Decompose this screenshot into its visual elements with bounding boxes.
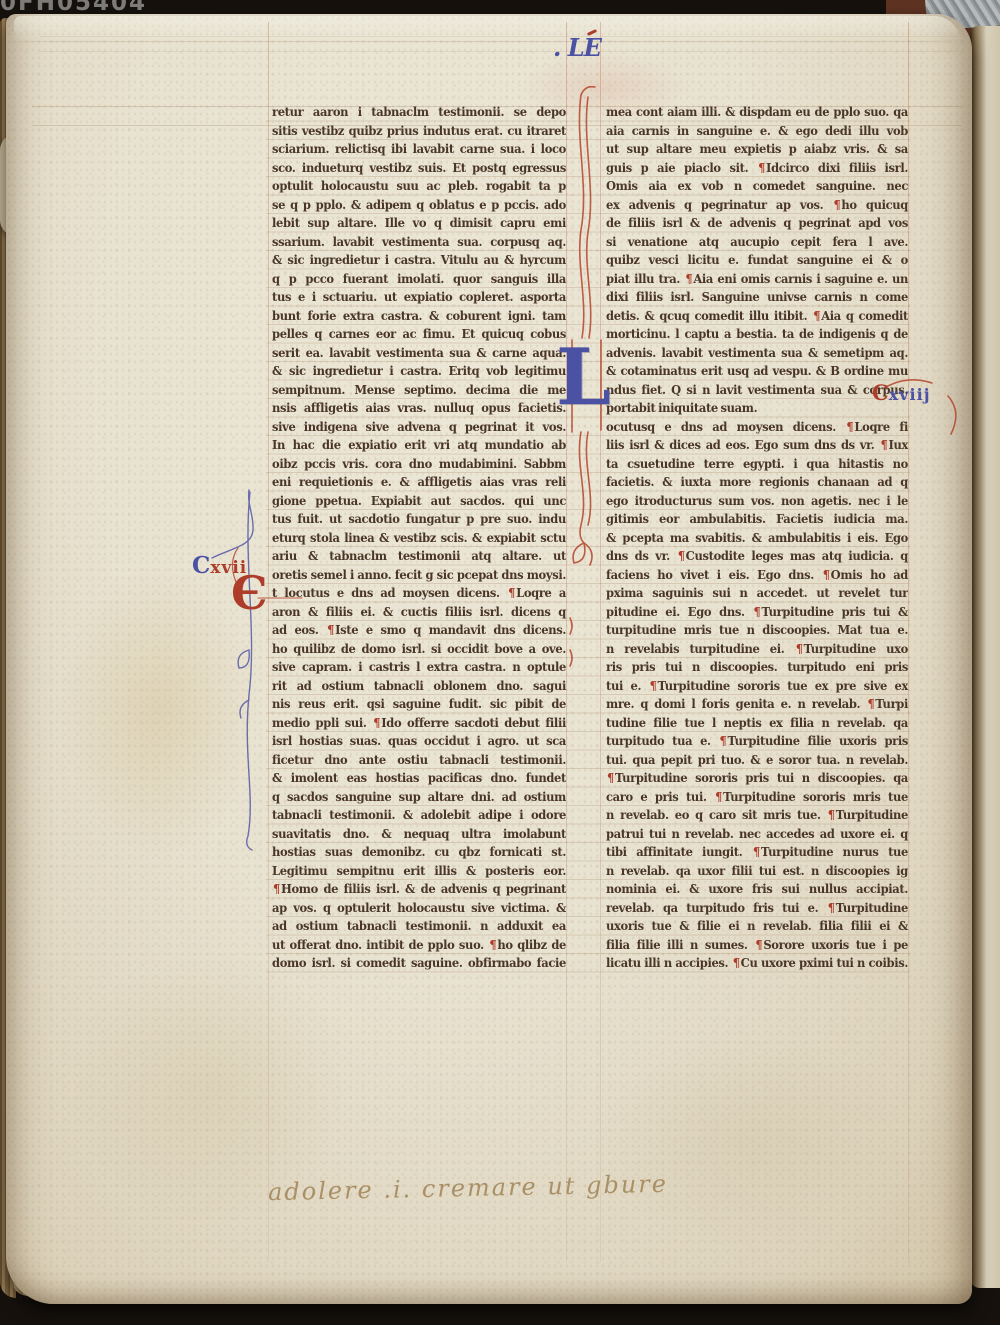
text-line: ap vos. q optulerit holocaustu sive vict… — [272, 898, 566, 918]
text-line: ta csuetudine terre egypti. i qua hitast… — [606, 454, 908, 474]
text-line: pelles q carnes eor ac fimu. Et quicuq c… — [272, 324, 566, 344]
paraph-mark: ¶ — [607, 771, 614, 786]
text-line: tus fuit. ut sacdotio fungatur p pre suo… — [272, 509, 566, 529]
text-line: turpitudine mris tue n discoopies. Mat t… — [606, 620, 908, 640]
paraph-mark: ¶ — [327, 623, 334, 638]
text-line: domo isrl. si comedit saguine. obfirmabo… — [272, 953, 566, 973]
text-line: ut offerat dno. intibit de pplo suo. ¶ho… — [272, 935, 566, 955]
paraph-mark: ¶ — [373, 715, 380, 730]
text-line: piat illu tra. ¶Aia eni omis carnis i sa… — [606, 269, 908, 289]
text-line: ocutusq e dns ad moysen dicens. ¶Loqre f… — [606, 417, 908, 437]
text-line: Legitimu sempitnu erit illis & posteris … — [272, 861, 566, 881]
text-line: q sacdos sanguine sup altare dni. ad ost… — [272, 787, 566, 807]
text-line: filia filie illi n sumes. ¶Sorore uxoris… — [606, 935, 908, 955]
text-line: tibi affinitate iungit. ¶Turpitudine nur… — [606, 842, 908, 862]
paraph-mark: ¶ — [753, 845, 760, 860]
text-line: advenis. lavabit vestimenta sua & semeti… — [606, 343, 908, 363]
text-line: licatu illi n accipies. ¶Cu uxore pximi … — [606, 953, 908, 973]
paraph-mark: ¶ — [846, 419, 853, 434]
text-line: t locutus e dns ad moysen dicens. ¶Loqre… — [272, 583, 566, 603]
text-line: nis reus erit. qsi saguine fudit. sic pi… — [272, 694, 566, 714]
text-line: rit ad ostium tabnacli oblonem dno. sagu… — [272, 676, 566, 696]
paraph-mark: ¶ — [489, 937, 496, 952]
paraph-mark: ¶ — [758, 160, 765, 175]
text-line: serit ea. lavabit vestimenta sua & carne… — [272, 343, 566, 363]
paraph-mark: ¶ — [823, 567, 830, 582]
paraph-mark: ¶ — [650, 678, 657, 693]
initial-l-chapter18: L — [556, 330, 611, 426]
text-line: se q p pplo. & adipem q oblatus e p pcci… — [272, 195, 566, 215]
text-line: sempitnum. Mense septimo. decima die me — [272, 380, 566, 400]
paraph-letter: C — [192, 552, 210, 579]
text-line: dixi filiis isrl. Sanguine univse carnis… — [606, 287, 908, 307]
text-line: tui e. ¶Turpitudine sororis tue ex pre s… — [606, 676, 908, 696]
text-line: turpitudo tua e. ¶Turpitudine filie uxor… — [606, 731, 908, 751]
text-line: n revelab. qa uxor filii tui est. n disc… — [606, 861, 908, 881]
text-line: gione ppetua. Expiabit aut sacdos. qui u… — [272, 491, 566, 511]
paraph-mark: ¶ — [833, 197, 840, 212]
text-line: nominia ei. & uxore fris sui nullus acci… — [606, 879, 908, 899]
text-line: optulit holocaustu suu ac pleb. rogabit … — [272, 176, 566, 196]
text-line: lebit sup altare. Ille vo q dimisit capr… — [272, 213, 566, 233]
text-line: ad ostium tabnacli testimonii. n adduxit… — [272, 916, 566, 936]
text-line: n revelab. eo q caro sit mris tue. ¶Turp… — [606, 805, 908, 825]
under-page-edge — [970, 26, 1000, 1288]
text-line: sciarium. relictisq ibi lavabit carne su… — [272, 139, 566, 159]
watermark-label: 0FH05404 — [0, 0, 147, 16]
text-line: de filiis isrl & de advenis q pegrinat a… — [606, 213, 908, 233]
text-line: ut sup altare meu expietis p aiabz vris.… — [606, 139, 908, 159]
text-line: ex advenis q pegrinatur ap vos. ¶ho quic… — [606, 195, 908, 215]
text-line: & pcepta ma svabitis. & ambulabitis i ei… — [606, 528, 908, 548]
paraph-mark: ¶ — [733, 956, 740, 971]
text-line: quibz vesci licitu e. fundat sanguine ei… — [606, 250, 908, 270]
text-line: In hac die expiatio erit vri atq mundati… — [272, 435, 566, 455]
initial-e-chapter17: Є — [231, 570, 268, 616]
text-line: ficetur dno ante ostiu tabnacli testimon… — [272, 750, 566, 770]
paraph-mark: ¶ — [796, 641, 803, 656]
text-line: ris pris tui n discoopies. turpitudo eni… — [606, 657, 908, 677]
text-line: n revelabis turpitudine ei. ¶Turpitudine… — [606, 639, 908, 659]
text-line: isrl hostias suas. quas occidut i agro. … — [272, 731, 566, 751]
paraph-mark: ¶ — [678, 549, 685, 564]
text-line: si venatione atq aucupio cepit fera l av… — [606, 232, 908, 252]
running-header: . LE — [553, 33, 601, 62]
paraph-mark: ¶ — [720, 734, 727, 749]
text-line: guis p aie piaclo sit. ¶Idcirco dixi fil… — [606, 158, 908, 178]
text-line: portabit iniquitate suam. — [606, 398, 908, 418]
column-rule — [566, 22, 567, 1262]
text-line: patrui tui n revelab. nec accedes ad uxo… — [606, 824, 908, 844]
text-line: aron & filiis ei. & cuctis filiis isrl. … — [272, 602, 566, 622]
text-line: tudine filie tue l neptis ex filia n rev… — [606, 713, 908, 733]
text-line: pitudine ei. Ego dns. ¶Turpitudine pris … — [606, 602, 908, 622]
text-line: & imolent eas hostias pacificas dno. fun… — [272, 768, 566, 788]
column-rule — [600, 22, 601, 1262]
page-top-edge — [14, 16, 960, 42]
paraph-letter: C — [872, 380, 889, 405]
text-line: facietis. & iuxta more regionis chanaan … — [606, 472, 908, 492]
paraph-mark: ¶ — [685, 271, 692, 286]
text-line: tabnacli testimonii. & adolebit adipe i … — [272, 805, 566, 825]
paraph-mark: ¶ — [508, 586, 515, 601]
text-line: sive capram. i castris l extra castra. n… — [272, 657, 566, 677]
text-line: ndus fiet. Q si n lavit vestimenta sua &… — [606, 380, 908, 400]
text-line: mre. q domi l foris genita e. n revelab.… — [606, 694, 908, 714]
paraph-mark: ¶ — [828, 900, 835, 915]
text-line: suavitatis dno. & nequaq ultra imolabunt — [272, 824, 566, 844]
text-line: ¶Turpitudine sororis pris tui n discoopi… — [606, 768, 908, 788]
text-line: sco. indueturq vestibz suis. Et postq eg… — [272, 158, 566, 178]
text-column-right: mea cont aiam illi. & dispdam eu de pplo… — [606, 103, 908, 973]
text-line: ho quilibz de domo isrl. si occidit bove… — [272, 639, 566, 659]
text-line: medio ppli sui. ¶Ido offerre sacdoti deb… — [272, 713, 566, 733]
paraph-mark: ¶ — [813, 308, 820, 323]
text-line: pxima saguinis sui n accedet. ut revelet… — [606, 583, 908, 603]
manuscript-photo: { "manuscript": { "watermark": "0FH05404… — [0, 0, 1000, 1325]
text-line: q p pcco fuerant imolati. quor sanguis i… — [272, 269, 566, 289]
text-line: eturq stola linea & vestibz scis. & expi… — [272, 528, 566, 548]
text-line: Omis aia ex vob n comedet sanguine. nec — [606, 176, 908, 196]
ruling-line — [40, 51, 958, 52]
text-line: nsis affligetis aias vras. nulluq opus f… — [272, 398, 566, 418]
paraph-mark: ¶ — [867, 697, 874, 712]
paraph-mark: ¶ — [273, 882, 280, 897]
running-header-text: . LE — [553, 33, 601, 62]
text-line: gitimis eor ambulabitis. Facietis iudici… — [606, 509, 908, 529]
text-line: ¶Homo de filiis isrl. & de advenis q peg… — [272, 879, 566, 899]
paraph-mark: ¶ — [715, 789, 722, 804]
text-line: retur aaron i tabnaclm testimonii. se de… — [272, 102, 566, 122]
text-line: hostias suas demonibz. cu qbz fornicati … — [272, 842, 566, 862]
text-line: faciens ho vivet i eis. Ego dns. ¶Omis h… — [606, 565, 908, 585]
ruling-line — [40, 36, 958, 37]
text-line: & cotaminatus erit usq ad vespu. & B ord… — [606, 361, 908, 381]
text-line: detis. & qcuq comedit illu itibit. ¶Aia … — [606, 306, 908, 326]
text-line: uxoris tue & filie ei n revelab. filia f… — [606, 916, 908, 936]
chapter-marker-xviii: Cxviij — [872, 380, 931, 405]
text-column-left: retur aaron i tabnaclm testimonii. se de… — [272, 103, 566, 973]
text-line: caro e pris tui. ¶Turpitudine sororis mr… — [606, 787, 908, 807]
text-line: ssarium. lavabit vestimenta sua. corpusq… — [272, 232, 566, 252]
text-line: bunt forie extra castra. & coburent igni… — [272, 306, 566, 326]
text-line: morticinu. l captu a bestia. ta de indig… — [606, 324, 908, 344]
text-line: liis isrl & dices ad eos. Ego sum dns ds… — [606, 435, 908, 455]
text-line: aia carnis in sanguine e. & ego dedi ill… — [606, 121, 908, 141]
text-line: sive indigena sive advena q pegrinat it … — [272, 417, 566, 437]
text-line: sitis vestibz quibz prius indutus erat. … — [272, 121, 566, 141]
paraph-mark: ¶ — [880, 438, 887, 453]
text-line: dns ds vr. ¶Custodite leges mas atq iudi… — [606, 546, 908, 566]
text-line: eni requietionis e. & affligetis aias vr… — [272, 472, 566, 492]
column-rule — [908, 22, 909, 1262]
chapter-numeral: xviij — [889, 385, 931, 404]
text-line: & sic ingredietur i castra. Eritq vob le… — [272, 361, 566, 381]
column-rule — [268, 22, 269, 1262]
text-line: revelab. qa turpitudo fris tui e. ¶Turpi… — [606, 898, 908, 918]
text-line: ariu & tabnaclm testimonii atq altare. u… — [272, 546, 566, 566]
text-line: mea cont aiam illi. & dispdam eu de pplo… — [606, 102, 908, 122]
paraph-mark: ¶ — [755, 937, 762, 952]
paraph-mark: ¶ — [828, 808, 835, 823]
text-line: tus e i sctuariu. ut expiatio copleret. … — [272, 287, 566, 307]
text-line: ego itroducturus sum vos. non agetis. ne… — [606, 491, 908, 511]
text-line: oretis semel i anno. fecit g sic pcepat … — [272, 565, 566, 585]
text-line: tui. qua pepit pri tuo. & e soror tua. n… — [606, 750, 908, 770]
text-line: & sic ingredietur i castra. Vitulu au & … — [272, 250, 566, 270]
text-line: oibz pccis vris. cora dno mudabimini. Sa… — [272, 454, 566, 474]
text-line: ad eos. ¶Iste e smo q mandavit dns dicen… — [272, 620, 566, 640]
paraph-mark: ¶ — [754, 604, 761, 619]
